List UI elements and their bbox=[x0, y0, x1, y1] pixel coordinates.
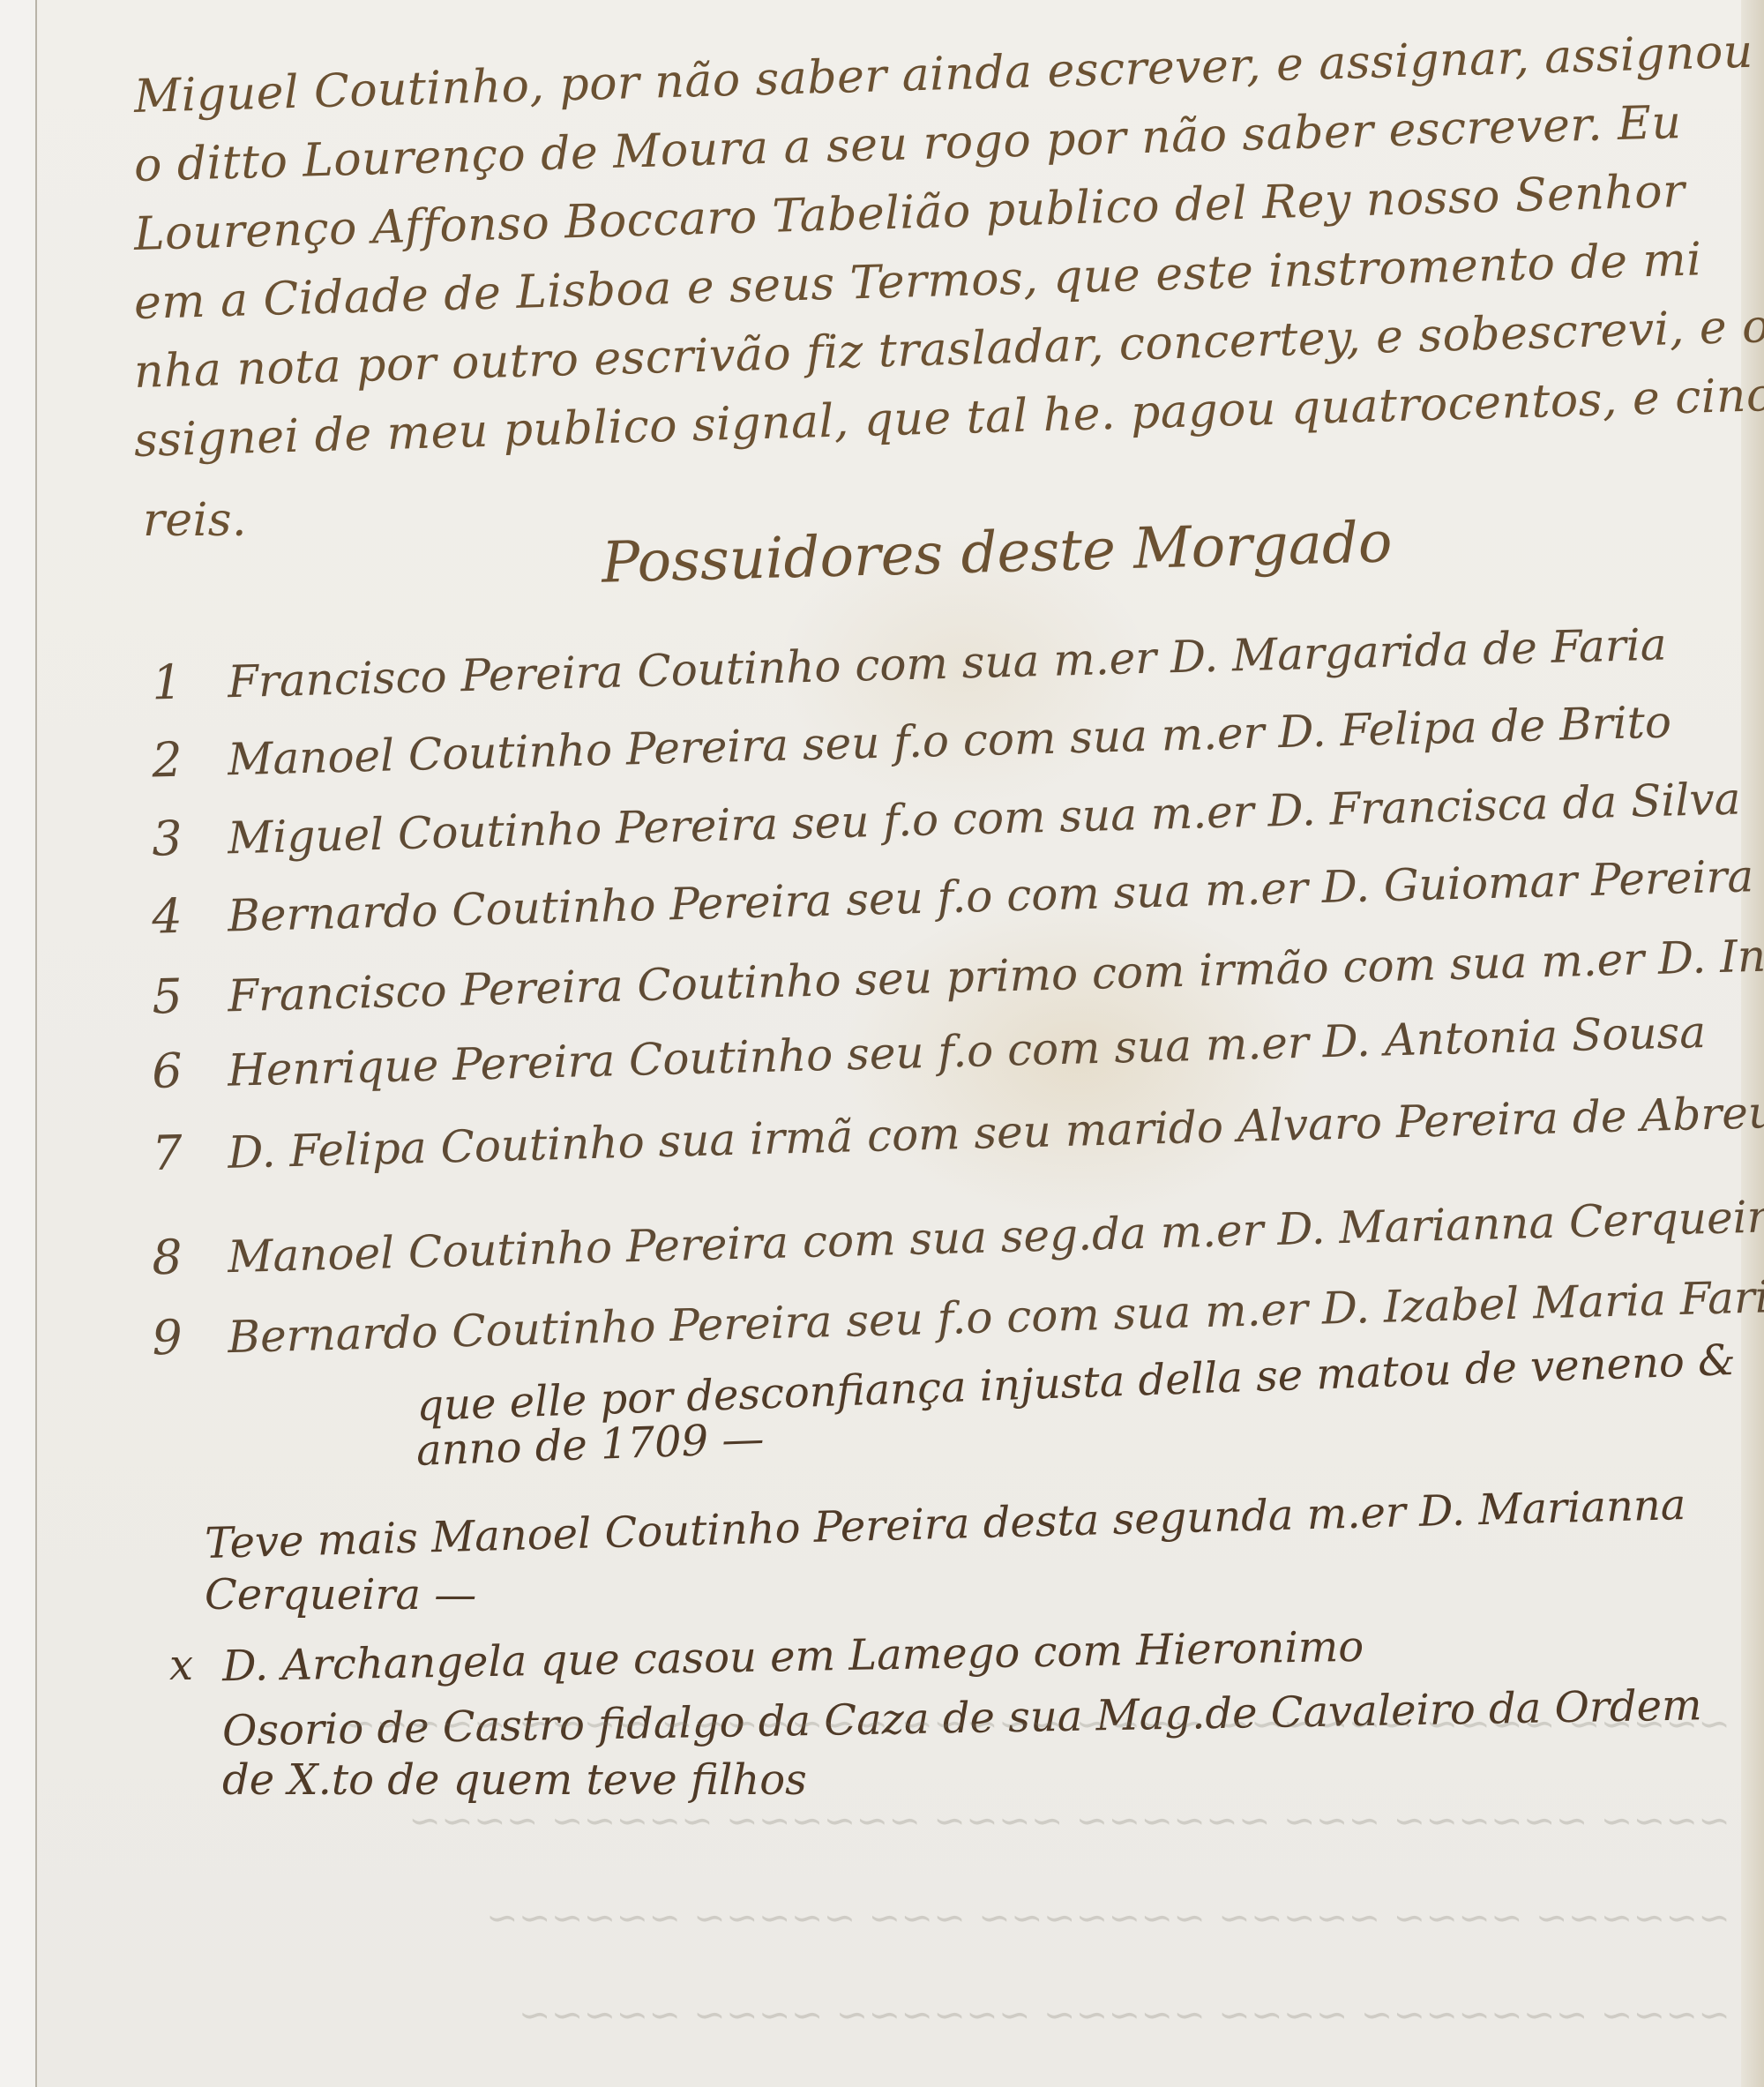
entry-number: 5 bbox=[152, 968, 215, 1025]
relation: seu f.o com sua m.er bbox=[846, 862, 1309, 925]
possessor-entry: 2 Manoel Coutinho Pereira seu f.o com su… bbox=[151, 692, 1671, 788]
relation: sua irmã com seu marido bbox=[658, 1101, 1224, 1167]
possessor-name: Henrique Pereira Coutinho bbox=[227, 1029, 833, 1096]
closing-note-line: Cerqueira — bbox=[205, 1570, 476, 1619]
possessor-name: Manoel Coutinho Pereira bbox=[227, 720, 789, 786]
spouse-name: D. Antonia Sousa bbox=[1322, 1006, 1707, 1067]
relation: seu f.o com sua m.er bbox=[846, 1283, 1309, 1347]
spouse-name: D. Izabel Maria Farias Pereira bbox=[1321, 1266, 1764, 1335]
entry-number: 7 bbox=[152, 1124, 215, 1181]
possessor-name: Manoel Coutinho Pereira bbox=[227, 1216, 789, 1283]
page-gutter bbox=[0, 0, 35, 2087]
spouse-name: D. Guiomar Pereira bbox=[1321, 850, 1754, 913]
entry-number: 6 bbox=[151, 1042, 214, 1099]
entry-number: 8 bbox=[151, 1229, 214, 1286]
possessor-name: Bernardo Coutinho Pereira bbox=[228, 1296, 833, 1363]
spouse-name: D. Marianna Cerqueira bbox=[1277, 1191, 1764, 1255]
possessor-entry: 1 Francisco Pereira Coutinho com sua m.e… bbox=[151, 616, 1667, 711]
possessor-name: Bernardo Coutinho Pereira bbox=[227, 875, 833, 942]
relation: seu f.o com sua m.er bbox=[791, 786, 1254, 849]
spouse-name: D. Francisca da Silva bbox=[1267, 773, 1741, 836]
possessor-entry: 4 Bernardo Coutinho Pereira seu f.o com … bbox=[151, 847, 1753, 945]
entry-number: 2 bbox=[151, 731, 214, 789]
spouse-name: Alvaro Pereira de Abreu e Azambuja bbox=[1237, 1080, 1764, 1152]
entry-number: 3 bbox=[151, 810, 214, 867]
manuscript-page: Miguel Coutinho, por não saber ainda esc… bbox=[35, 0, 1764, 2087]
relation: com sua m.er bbox=[855, 632, 1157, 692]
possessor-name: D. Felipa Coutinho bbox=[228, 1117, 646, 1178]
section-heading: Possuidores deste Morgado bbox=[601, 510, 1393, 595]
possessor-name: Miguel Coutinho Pereira bbox=[227, 798, 778, 864]
reverse-side-bleedthrough: ~~~~~ ~~~~ ~~~~~~ ~~~~ ~~~~~ ~~~~~~~ ~~~… bbox=[143, 1676, 1730, 2064]
spouse-name: D. Margarida de Faria bbox=[1170, 619, 1667, 684]
closing-note-line: Teve mais Manoel Coutinho Pereira desta … bbox=[205, 1480, 1686, 1568]
relation: seu f.o com sua m.er bbox=[846, 1017, 1309, 1081]
relation: seu primo com irmão com sua m.er bbox=[855, 933, 1645, 1005]
entry-number: 1 bbox=[151, 654, 214, 711]
spouse-name: D. Ines Pinto bbox=[1657, 925, 1764, 984]
possessor-name: Francisco Pereira Coutinho bbox=[227, 640, 841, 707]
possessor-name: Francisco Pereira Coutinho bbox=[228, 954, 842, 1021]
spouse-name: D. Felipa de Brito bbox=[1278, 696, 1672, 758]
possessor-entry: 8 Manoel Coutinho Pereira com sua seg.da… bbox=[151, 1187, 1764, 1286]
relation: com sua seg.da m.er bbox=[802, 1204, 1264, 1268]
relation: seu f.o com sua m.er bbox=[802, 707, 1265, 771]
paragraph-line: reis. bbox=[143, 494, 247, 547]
entry-number: 9 bbox=[152, 1309, 215, 1366]
entry-number: 4 bbox=[151, 887, 214, 945]
possessor-entry: 3 Miguel Coutinho Pereira seu f.o com su… bbox=[151, 769, 1741, 866]
